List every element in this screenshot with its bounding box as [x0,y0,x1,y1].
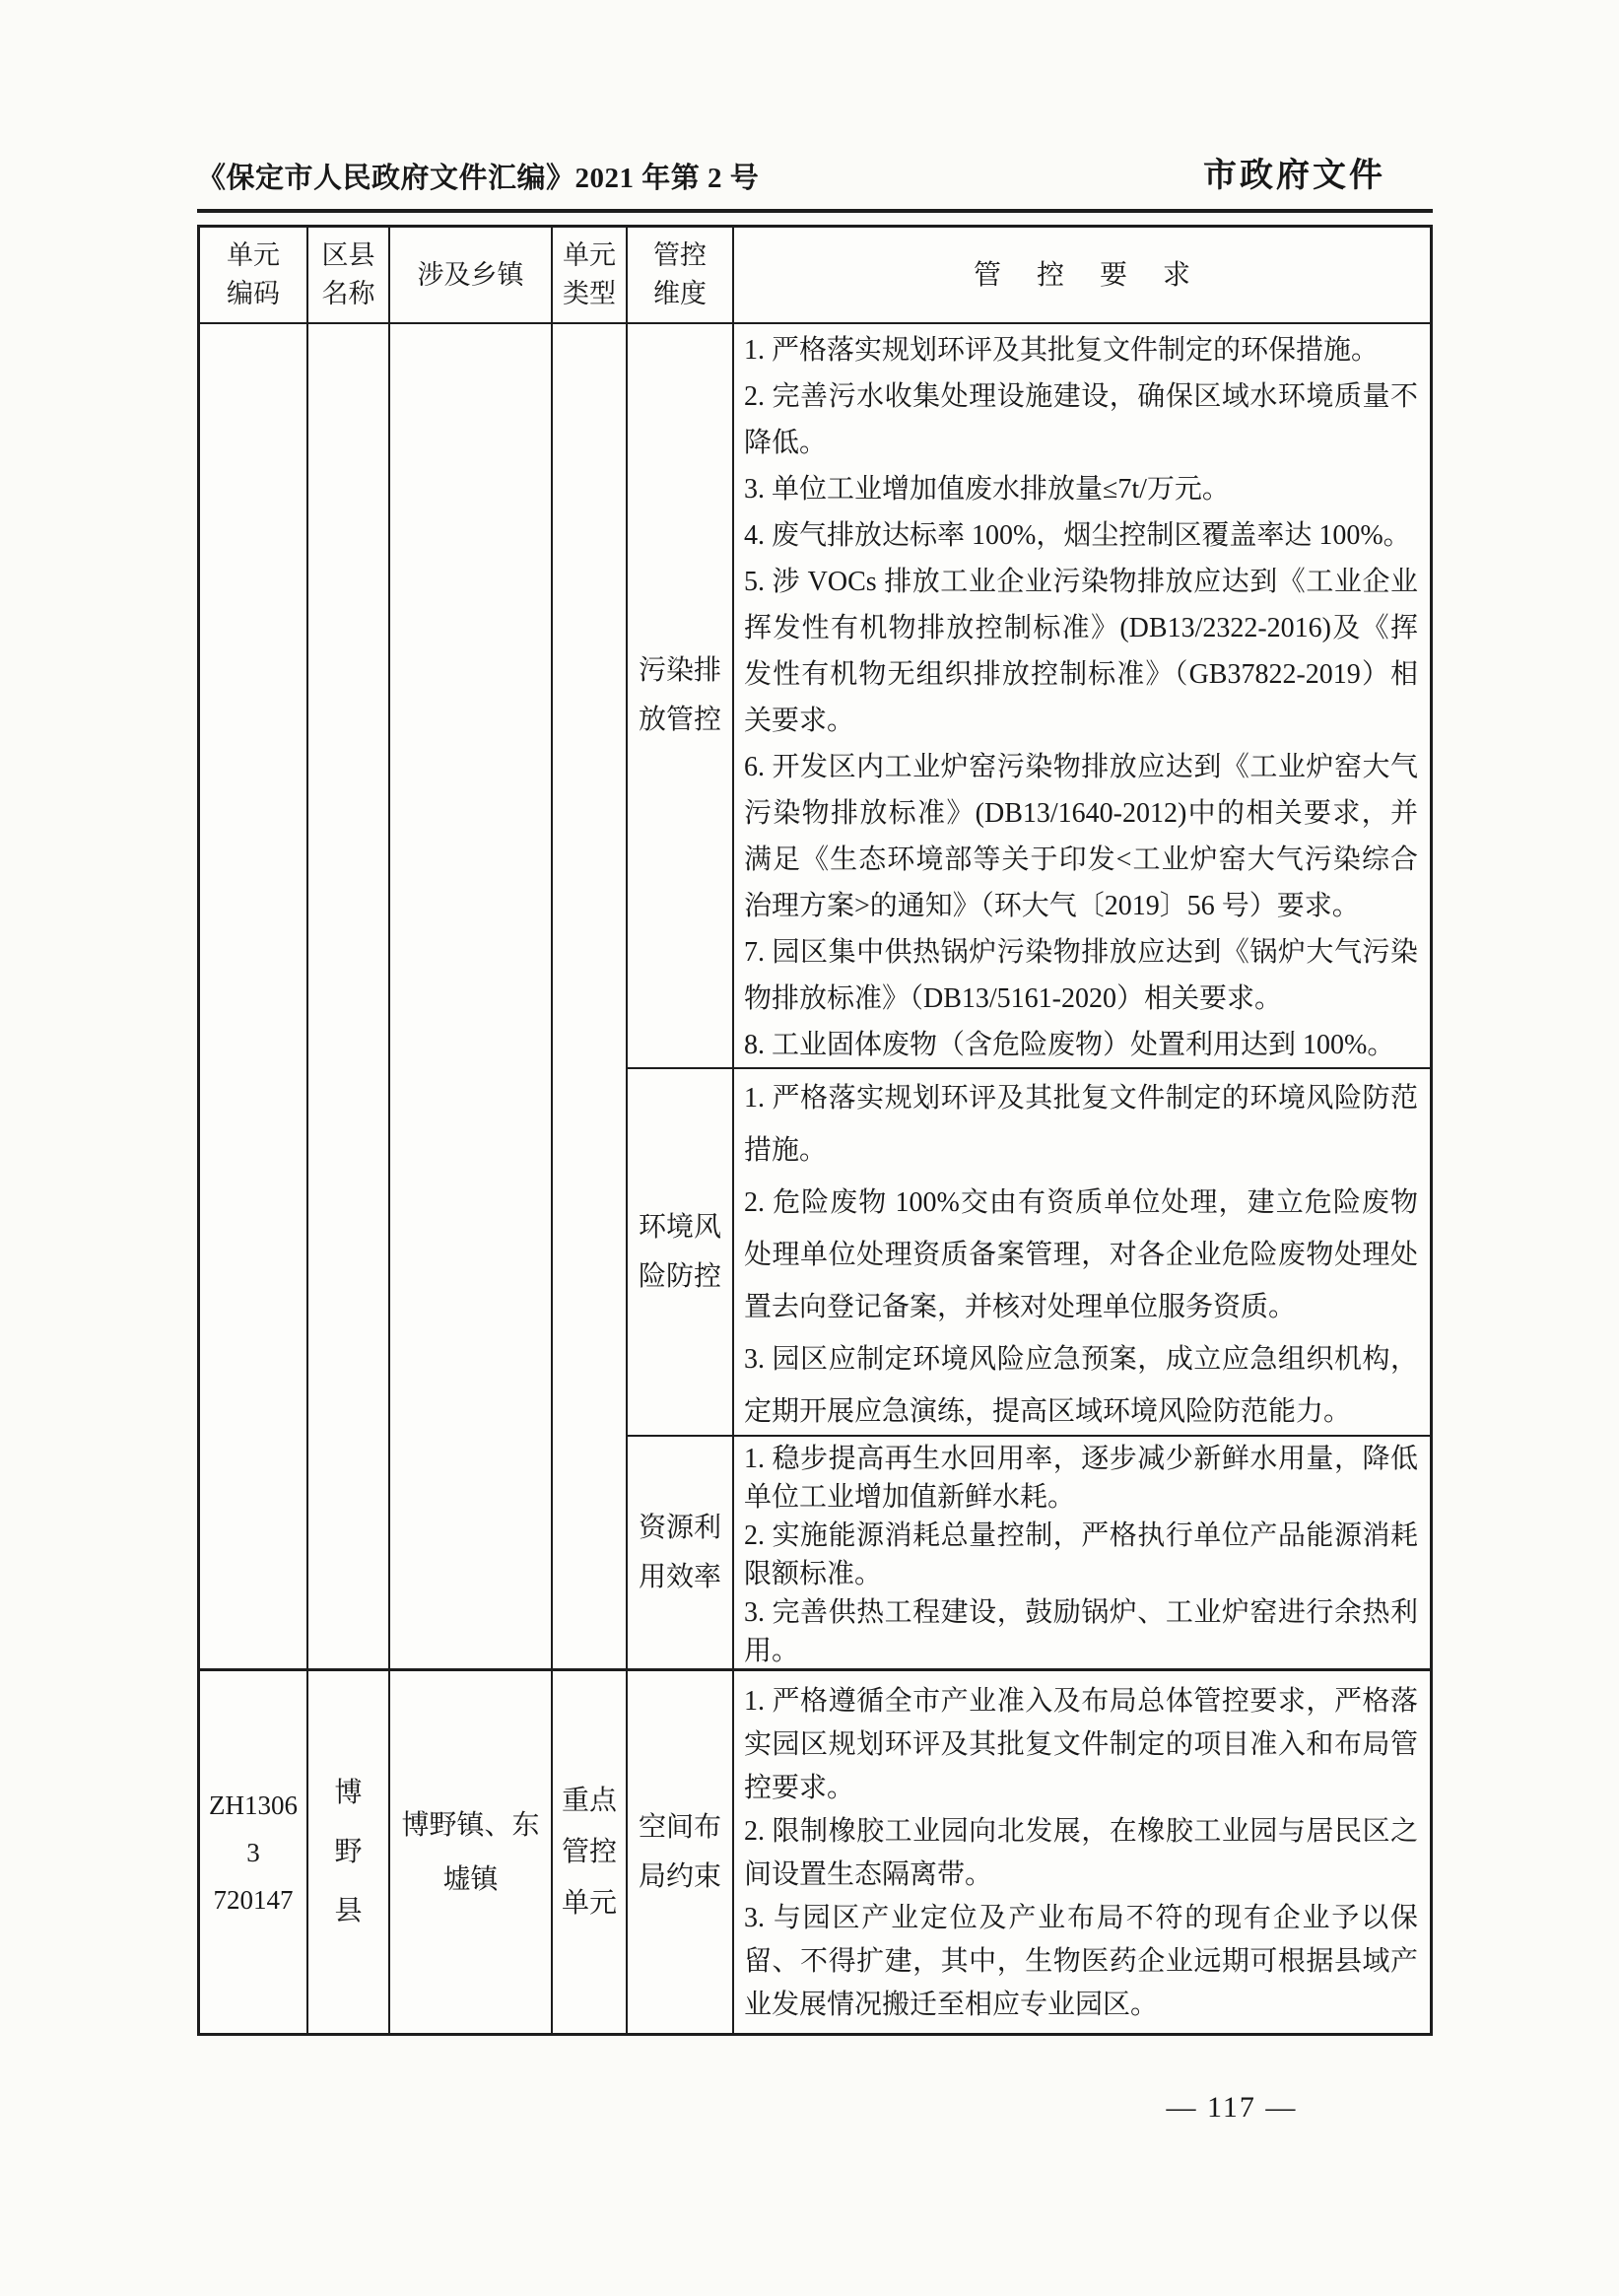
col-header-unit-type: 单元类型 [551,228,626,322]
requirements-cell: 1. 稳步提高再生水回用率，逐步减少新鲜水用量，降低单位工业增加值新鲜水耗。 2… [732,1437,1430,1668]
section-resource-efficiency: 资源利用效率 1. 稳步提高再生水回用率，逐步减少新鲜水用量，降低单位工业增加值… [626,1435,1430,1668]
requirements-cell: 1. 严格遵循全市产业准入及布局总体管控要求，严格落实园区规划环评及其批复文件制… [732,1671,1430,2033]
requirement-item: 2. 实施能源消耗总量控制，严格执行单位产品能源消耗限额标准。 [744,1517,1418,1593]
header-rule [197,209,1433,213]
requirement-item: 2. 限制橡胶工业园向北发展，在橡胶工业园与居民区之间设置生态隔离带。 [744,1810,1418,1897]
document-category-label: 市政府文件 [1203,148,1385,196]
col-header-townships: 涉及乡镇 [388,228,551,322]
col-header-county: 区县名称 [306,228,388,322]
col-header-dimension: 管控维度 [626,228,732,322]
table-row-continuation: 污染排放管控 1. 严格落实规划环评及其批复文件制定的环保措施。 2. 完善污水… [200,324,1430,1668]
table-header-row: 单元编码 区县名称 涉及乡镇 单元类型 管控维度 管控要求 [200,228,1430,324]
unit-type-cell-empty [551,324,626,1668]
col-header-unit-code: 单元编码 [200,228,306,322]
requirement-item: 2. 完善污水收集处理设施建设，确保区域水环境质量不降低。 [744,373,1418,466]
table-row-zh13063720147: ZH13063 720147 博野县 博野镇、东墟镇 重点管控单元 空间布局约束… [200,1668,1430,2033]
townships-cell: 博野镇、东墟镇 [388,1671,551,2033]
requirement-item: 1. 严格遵循全市产业准入及布局总体管控要求，严格落实园区规划环评及其批复文件制… [744,1680,1418,1810]
requirement-item: 6. 开发区内工业炉窑污染物排放应达到《工业炉窑大气污染物排放标准》(DB13/… [744,744,1418,929]
unit-code-cell: ZH13063 720147 [200,1671,306,2033]
requirement-item: 1. 稳步提高再生水回用率，逐步减少新鲜水用量，降低单位工业增加值新鲜水耗。 [744,1440,1418,1517]
col-header-requirements: 管控要求 [732,228,1430,322]
dimension-label: 空间布局约束 [626,1671,732,2033]
requirement-item: 8. 工业固体废物（含危险废物）处置利用达到 100%。 [744,1022,1418,1067]
requirement-item: 5. 涉 VOCs 排放工业企业污染物排放应达到《工业企业挥发性有机物排放控制标… [744,559,1418,744]
requirement-item: 1. 严格落实规划环评及其批复文件制定的环保措施。 [744,327,1418,373]
page-content: 《保定市人民政府文件汇编》2021 年第 2 号 市政府文件 单元编码 区县名称… [197,0,1433,2036]
requirement-item: 3. 园区应制定环境风险应急预案，成立应急组织机构，定期开展应急演练，提高区域环… [744,1333,1418,1435]
booklet-title: 《保定市人民政府文件汇编》2021 年第 2 号 [197,156,759,196]
unit-code-line-2: 720147 [214,1876,294,1924]
requirements-cell: 1. 严格落实规划环评及其批复文件制定的环保措施。 2. 完善污水收集处理设施建… [732,324,1430,1067]
requirement-item: 3. 与园区产业定位及产业布局不符的现有企业予以保留、不得扩建，其中，生物医药企… [744,1897,1418,2027]
control-requirements-table: 单元编码 区县名称 涉及乡镇 单元类型 管控维度 管控要求 污染排放管控 1. … [197,225,1433,2036]
page-header: 《保定市人民政府文件汇编》2021 年第 2 号 市政府文件 [197,148,1433,196]
requirements-cell: 1. 严格落实规划环评及其批复文件制定的环境风险防范措施。 2. 危险废物 10… [732,1069,1430,1435]
unit-type-cell: 重点管控单元 [551,1671,626,2033]
townships-cell-empty [388,324,551,1668]
requirement-item: 7. 园区集中供热锅炉污染物排放应达到《锅炉大气污染物排放标准》（DB13/51… [744,929,1418,1022]
dimension-label: 资源利用效率 [626,1437,732,1668]
county-cell: 博野县 [306,1671,388,2033]
dimension-sections: 污染排放管控 1. 严格落实规划环评及其批复文件制定的环保措施。 2. 完善污水… [626,324,1430,1668]
unit-code-cell-empty [200,324,306,1668]
col-header-requirements-label: 管控要求 [974,256,1226,295]
county-cell-empty [306,324,388,1668]
section-environmental-risk: 环境风险防控 1. 严格落实规划环评及其批复文件制定的环境风险防范措施。 2. … [626,1067,1430,1435]
dimension-label: 污染排放管控 [626,324,732,1067]
requirement-item: 3. 完善供热工程建设，鼓励锅炉、工业炉窑进行余热利用。 [744,1593,1418,1668]
requirement-item: 3. 单位工业增加值废水排放量≤7t/万元。 [744,466,1418,512]
requirement-item: 4. 废气排放达标率 100%，烟尘控制区覆盖率达 100%。 [744,512,1418,559]
unit-code-line-1: ZH13063 [204,1782,303,1876]
requirement-item: 2. 危险废物 100%交由有资质单位处理，建立危险废物处理单位处理资质备案管理… [744,1177,1418,1333]
requirement-item: 1. 严格落实规划环评及其批复文件制定的环境风险防范措施。 [744,1072,1418,1177]
page-number: — 117 — [1128,2091,1335,2125]
section-pollution-emission: 污染排放管控 1. 严格落实规划环评及其批复文件制定的环保措施。 2. 完善污水… [626,324,1430,1067]
dimension-label: 环境风险防控 [626,1069,732,1435]
